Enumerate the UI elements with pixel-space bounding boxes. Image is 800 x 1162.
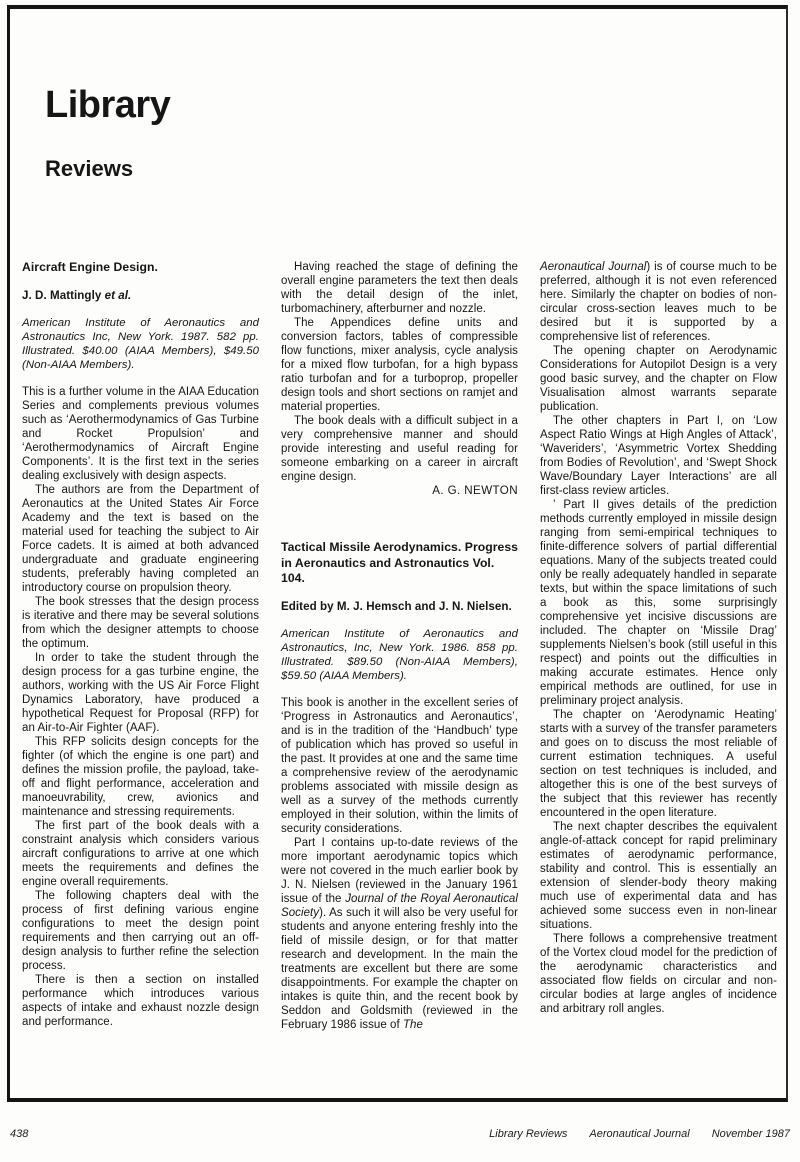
text-segment: The book stresses that the design proces… [22,596,259,650]
review-imprint: American Institute of Aeronautics and As… [22,316,259,373]
review-paragraph: The other chapters in Part I, on ‘Low As… [540,414,777,498]
text-segment: Tactical Missile Aerodynamics. Progress … [281,540,518,585]
text-segment: There is then a section on installed per… [22,974,259,1028]
text-segment: American Institute of Aeronautics and As… [22,317,259,372]
footer-running-head: Library Reviews Aeronautical Journal Nov… [489,1128,790,1140]
text-segment: ). As such it will also be very useful f… [281,907,518,1031]
text-column-1: Aircraft Engine Design.J. D. Mattingly e… [22,260,259,1029]
review-paragraph: In order to take the student through the… [22,651,259,735]
text-segment: The Appendices define units and conversi… [281,317,518,413]
footer-journal-name: Aeronautical Journal [589,1128,689,1140]
text-segment: Aircraft Engine Design. [22,260,158,274]
text-segment-italic: Aeronautical Journal [540,261,646,273]
text-segment: This RFP solicits design concepts for th… [22,736,259,818]
text-segment: American Institute of Aeronautics and As… [281,628,518,683]
review-paragraph: This is a further volume in the AIAA Edu… [22,385,259,483]
review-paragraph: The opening chapter on Aerodynamic Consi… [540,344,777,414]
reviewer-signature: A. G. NEWTON [281,484,518,498]
review-paragraph: The first part of the book deals with a … [22,819,259,889]
text-segment: Having reached the stage of defining the… [281,261,518,315]
review-paragraph: This book is another in the excellent se… [281,696,518,836]
page-footer: 438 Library Reviews Aeronautical Journal… [10,1128,790,1140]
text-segment: This is a further volume in the AIAA Edu… [22,386,259,482]
text-segment: In order to take the student through the… [22,652,259,734]
text-segment: A. G. NEWTON [432,484,518,497]
text-segment: The authors are from the Department of A… [22,484,259,594]
review-paragraph: There follows a comprehensive treatment … [540,932,777,1016]
review-paragraph: The Appendices define units and conversi… [281,316,518,414]
page-title: Library [45,86,170,124]
review-byline: Edited by M. J. Hemsch and J. N. Nielsen… [281,600,518,614]
page-subtitle: Reviews [45,158,133,180]
text-segment: Edited by M. J. Hemsch and J. N. Nielsen… [281,600,512,613]
text-segment-italic: The [403,1019,423,1031]
text-column-2: Having reached the stage of defining the… [281,260,518,1032]
review-paragraph: The book stresses that the design proces… [22,595,259,651]
review-paragraph: ’ Part II gives details of the predictio… [540,498,777,708]
text-column-3: Aeronautical Journal) is of course much … [540,260,777,1016]
text-segment: The book deals with a difficult subject … [281,415,518,483]
text-segment: This book is another in the excellent se… [281,697,518,835]
text-segment: ) is of course much to be preferred, alt… [540,261,777,343]
text-segment-italic: et al. [105,289,132,302]
review-paragraph: Having reached the stage of defining the… [281,260,518,316]
text-segment: The first part of the book deals with a … [22,820,259,888]
footer-running-title: Library Reviews [489,1128,567,1140]
review-paragraph: The authors are from the Department of A… [22,483,259,595]
text-segment: The other chapters in Part I, on ‘Low As… [540,415,777,497]
review-paragraph: The chapter on ‘Aerodynamic Heating’ sta… [540,708,777,820]
review-paragraph: There is then a section on installed per… [22,973,259,1029]
review-title: Tactical Missile Aerodynamics. Progress … [281,540,518,587]
text-segment: The following chapters deal with the pro… [22,890,259,972]
text-segment: The chapter on ‘Aerodynamic Heating’ sta… [540,709,777,819]
text-segment: ’ Part II gives details of the predictio… [540,499,777,707]
review-paragraph: Part I contains up-to-date reviews of th… [281,836,518,1032]
footer-page-number: 438 [10,1128,28,1140]
text-segment: J. D. Mattingly [22,289,105,302]
review-paragraph: The book deals with a difficult subject … [281,414,518,484]
review-title: Aircraft Engine Design. [22,260,259,276]
columns-container: Aircraft Engine Design.J. D. Mattingly e… [22,260,778,1032]
review-paragraph: Aeronautical Journal) is of course much … [540,260,777,344]
text-segment: The next chapter describes the equivalen… [540,821,777,931]
text-segment: The opening chapter on Aerodynamic Consi… [540,345,777,413]
review-imprint: American Institute of Aeronautics and As… [281,627,518,684]
text-segment: There follows a comprehensive treatment … [540,933,777,1015]
review-paragraph: This RFP solicits design concepts for th… [22,735,259,819]
footer-issue-date: November 1987 [712,1128,790,1140]
review-paragraph: The next chapter describes the equivalen… [540,820,777,932]
review-paragraph: The following chapters deal with the pro… [22,889,259,973]
review-byline: J. D. Mattingly et al. [22,289,259,303]
